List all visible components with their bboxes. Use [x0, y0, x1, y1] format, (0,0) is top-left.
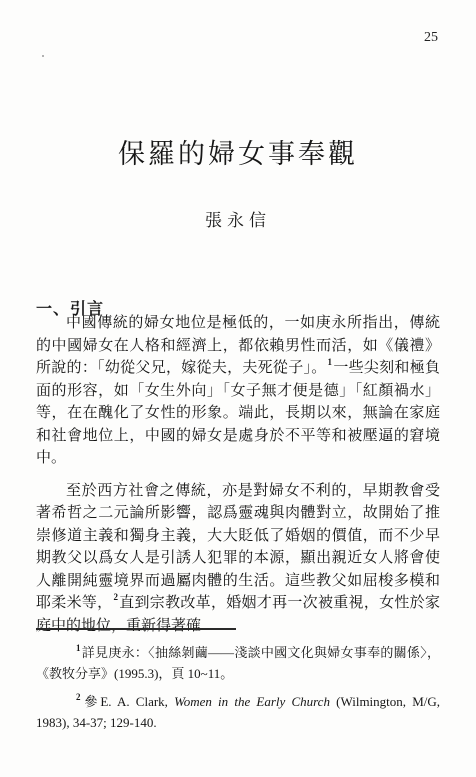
body-paragraph-1: 中國傳統的婦女地位是極低的，一如庚永所指出，傳統的中國婦女在人格和經濟上，都依賴…	[36, 312, 440, 470]
footnote-1-marker: 1	[76, 643, 81, 653]
article-title: 保羅的婦女事奉觀	[0, 132, 476, 171]
document-page: 25 保羅的婦女事奉觀 張永信 一、引言 中國傳統的婦女地位是極低的，一如庚永所…	[0, 0, 476, 777]
body-paragraph-2: 至於西方社會之傳統，亦是對婦女不利的，早期教會受著希哲之二元論所影響，認爲靈魂與…	[36, 480, 440, 638]
footnote-2-text: 參E. A. Clark,	[82, 694, 175, 709]
footnote-2-book-title: Women in the Early Church	[174, 694, 330, 709]
paragraph-2-text: 至於西方社會之傳統，亦是對婦女不利的，早期教會受著希哲之二元論所影響，認爲靈魂與…	[36, 483, 440, 612]
author-name: 張永信	[0, 206, 476, 231]
footnote-2-marker: 2	[76, 692, 81, 702]
footnote-separator	[36, 628, 236, 630]
scan-speckle-dot	[42, 55, 44, 57]
footnote-marker-1: 1	[328, 357, 333, 367]
footnote-1: 1詳見庚永：〈抽絲剝繭——淺談中國文化與婦女事奉的關係〉，《教牧分享》(1995…	[36, 642, 440, 684]
footnote-marker-2: 2	[113, 592, 118, 602]
footnote-1-text: 詳見庚永：〈抽絲剝繭——淺談中國文化與婦女事奉的關係〉，《教牧分享》(1995.…	[36, 645, 440, 681]
footnote-area: 1詳見庚永：〈抽絲剝繭——淺談中國文化與婦女事奉的關係〉，《教牧分享》(1995…	[36, 628, 440, 733]
body-text: 中國傳統的婦女地位是極低的，一如庚永所指出，傳統的中國婦女在人格和經濟上，都依賴…	[36, 312, 440, 637]
page-number: 25	[424, 30, 438, 46]
footnote-2: 2參E. A. Clark, Women in the Early Church…	[36, 691, 440, 733]
